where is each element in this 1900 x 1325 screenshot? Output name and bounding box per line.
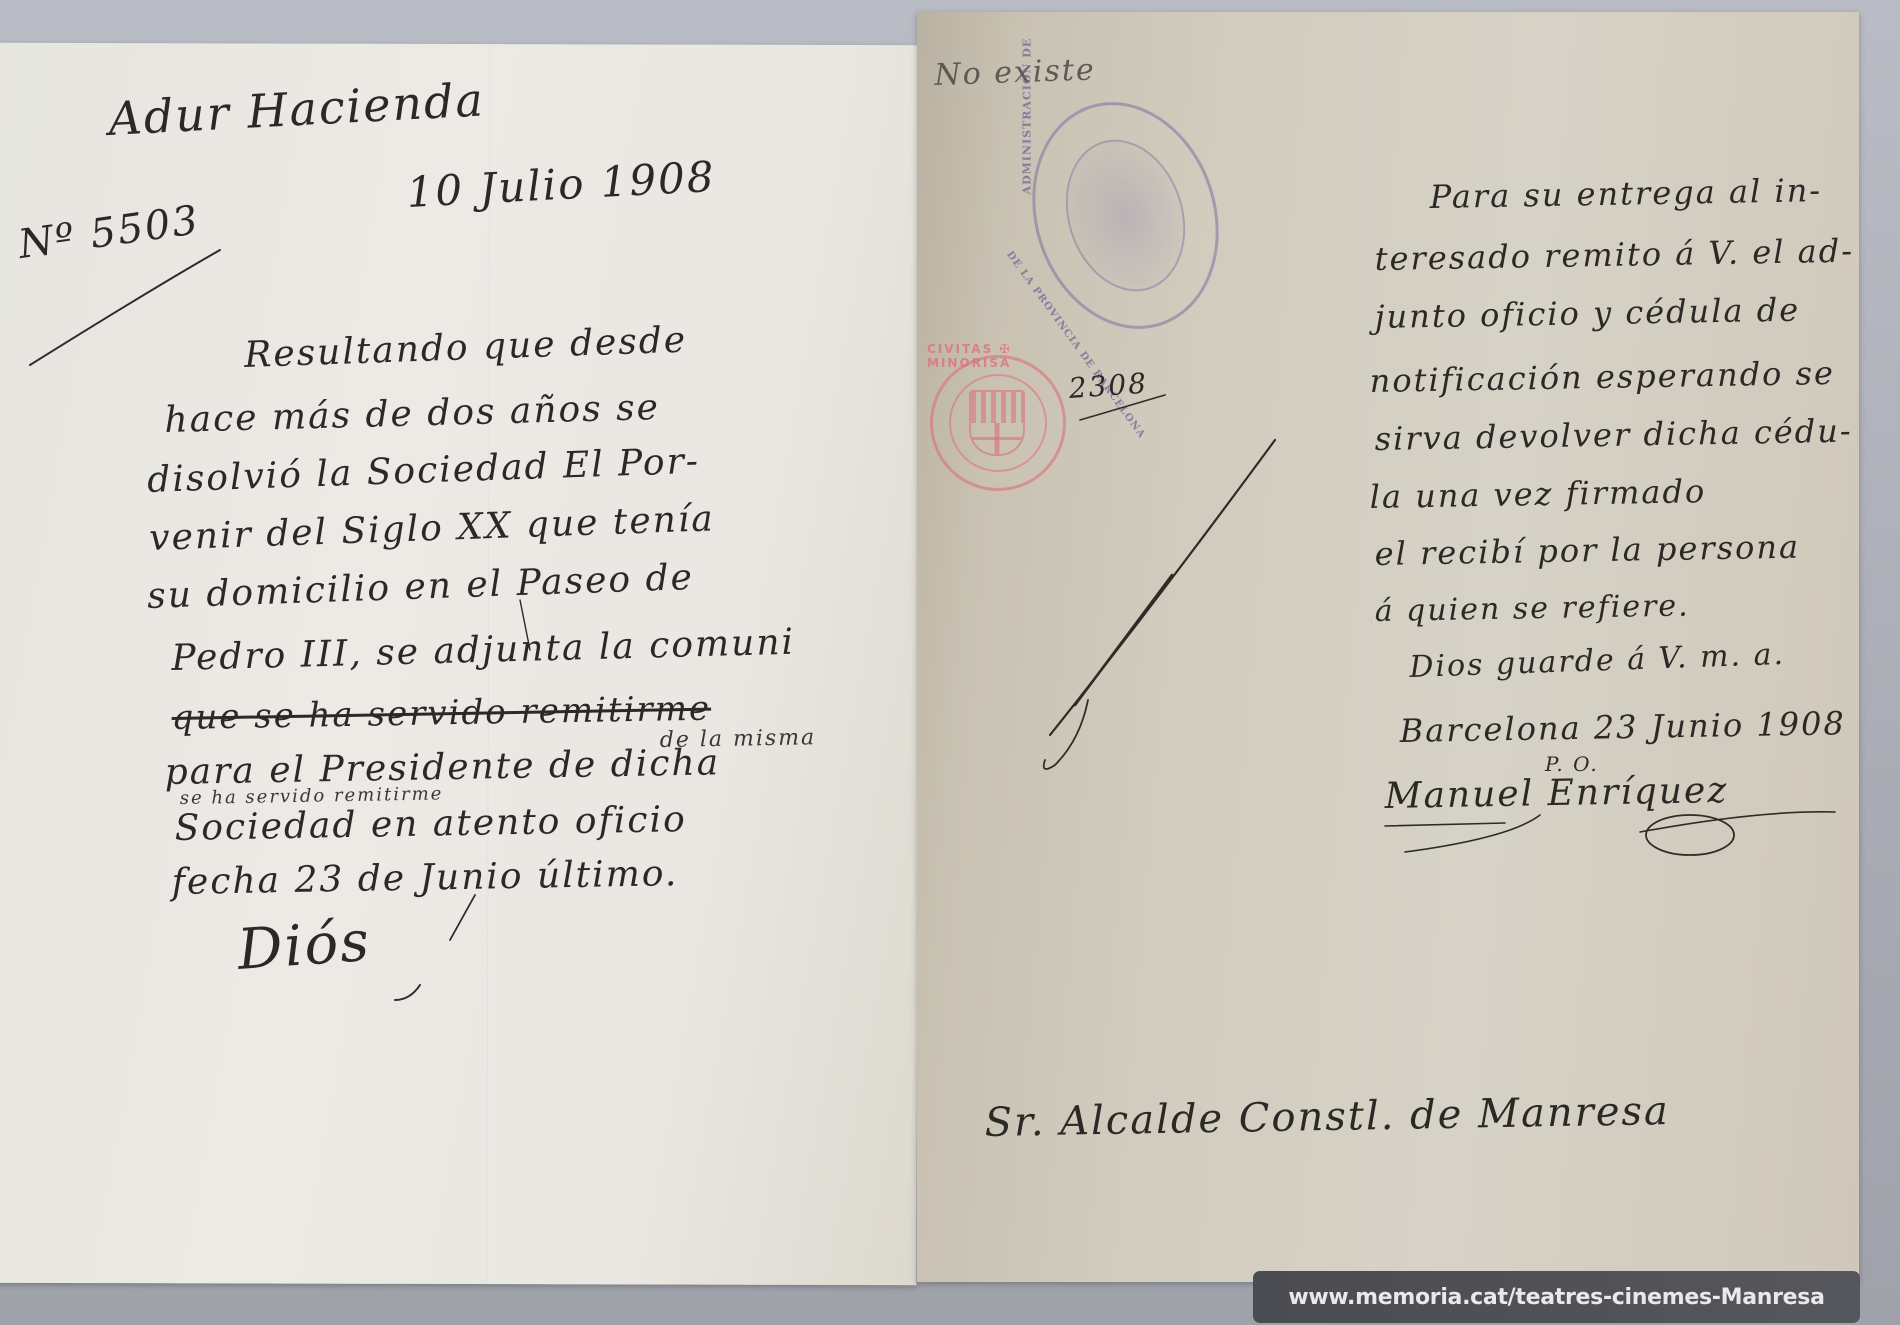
right-body-line-8: á quien se refiere. (1374, 589, 1690, 629)
coat-of-arms-icon (1047, 124, 1204, 307)
right-body-line-3: junto oficio y cédula de (1374, 291, 1800, 336)
right-body-line-4: notificación esperando se (1369, 354, 1835, 400)
source-watermark: www.memoria.cat/teatres-cinemes-Manresa (1253, 1271, 1860, 1323)
shield-icon (969, 390, 1025, 456)
right-body-line-1: Para su entrega al in- (1429, 171, 1822, 216)
round-stamp-text: CIVITAS ✠ MINORISA (927, 342, 1063, 370)
right-body-line-6: la una vez firmado (1369, 472, 1706, 516)
no-existe-note: No existe (934, 52, 1096, 93)
place-and-date: Barcelona 23 Junio 1908 (1399, 704, 1846, 750)
watermark-text: www.memoria.cat/teatres-cinemes-Manresa (1288, 1285, 1824, 1310)
oval-stamp-top-text: ADMINISTRACIÓN DE (1020, 38, 1033, 195)
civitas-minorisa-stamp: CIVITAS ✠ MINORISA (930, 355, 1066, 491)
signature: Manuel Enríquez (1384, 770, 1728, 817)
left-closing-dios: Diós (235, 909, 372, 983)
right-body-line-7: el recibí por la persona (1374, 528, 1800, 573)
registry-number: 2308 (1068, 367, 1149, 405)
